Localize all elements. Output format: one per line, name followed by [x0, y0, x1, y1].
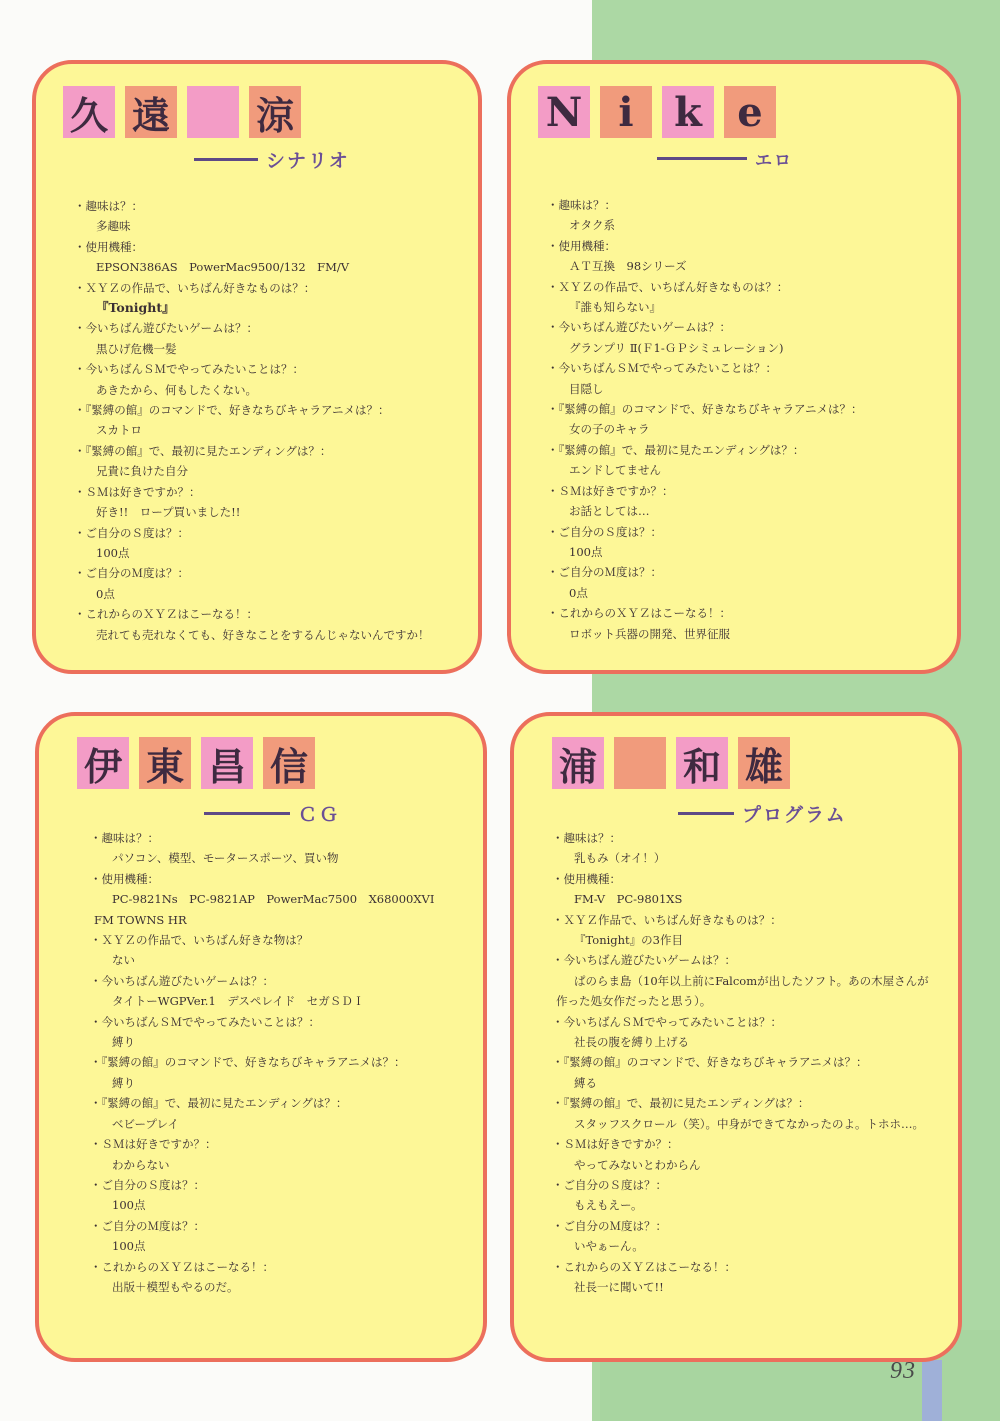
name-tile: 信 [263, 737, 315, 789]
question: ＳＭは好きですか？： [556, 1134, 938, 1154]
blue-accent-strip [922, 1360, 942, 1421]
name-tile: N [538, 86, 590, 138]
question: ＸＹＺ作品で、いちばん好きなものは？： [556, 910, 938, 930]
answer: ない [94, 950, 463, 970]
name-tile: 雄 [738, 737, 790, 789]
staff-profile-card-nike: N i k e エロ 趣味は？： オタク系 使用機種： ＡＴ互換 98シリーズ … [507, 60, 961, 674]
name-tile: e [724, 86, 776, 138]
answer: 目隠し [551, 379, 937, 399]
question: ご自分のＳ度は？： [94, 1175, 463, 1195]
answer: ぱのらま島（10年以上前にFalcomが出したソフト。あの木屋さんが作った処女作… [556, 971, 938, 1012]
name-tile: i [600, 86, 652, 138]
answer: タイトーWGPVer.1 デスペレイド セガＳＤＩ [94, 991, 463, 1011]
question: ご自分のＭ度は？： [556, 1216, 938, 1236]
answer: ＡＴ互換 98シリーズ [551, 256, 937, 276]
answer: ロボット兵器の開発、世界征服 [551, 624, 937, 644]
role-heading: プログラム [678, 800, 847, 827]
name-tile: 久 [63, 86, 115, 138]
staff-profile-card-kudo: 久 遠 涼 シナリオ 趣味は？： 多趣味 使用機種： EPSON386AS Po… [32, 60, 482, 674]
name-tile: 涼 [249, 86, 301, 138]
answer: パソコン、模型、モータースポーツ、買い物 [94, 848, 463, 868]
answer: FM-V PC-9801XS [556, 889, 938, 909]
question: ＳＭは好きですか？： [94, 1134, 463, 1154]
question: 使用機種： [78, 237, 458, 257]
answer: 『Tonight』 [78, 298, 458, 318]
staff-profile-card-ito: 伊 東 昌 信 ＣＧ 趣味は？： パソコン、模型、モータースポーツ、買い物 使用… [35, 712, 487, 1362]
role-label: ＣＧ [298, 800, 340, 827]
role-label: シナリオ [266, 146, 350, 173]
answer: 好き!! ロープ買いました!! [78, 502, 458, 522]
name-tile: 昌 [201, 737, 253, 789]
answer: 縛る [556, 1073, 938, 1093]
answer: 社長一に聞いて!! [556, 1277, 938, 1297]
name-tile: k [662, 86, 714, 138]
role-dash-line [194, 158, 258, 161]
answer: オタク系 [551, 215, 937, 235]
question: 『緊縛の館』のコマンドで、好きなちびキャラアニメは？： [78, 400, 458, 420]
answer: ベビープレイ [94, 1114, 463, 1134]
role-label: エロ [755, 146, 793, 171]
answer: 0点 [551, 583, 937, 603]
answer: 100点 [78, 543, 458, 563]
name-tile: 和 [676, 737, 728, 789]
question: ご自分のＭ度は？： [94, 1216, 463, 1236]
question: 今いちばん遊びたいゲームは？： [556, 950, 938, 970]
question: 使用機種： [556, 869, 938, 889]
question: ＸＹＺの作品で、いちばん好きな物は？ [94, 930, 463, 950]
answer: 社長の腹を縛り上げる [556, 1032, 938, 1052]
answer: 縛り [94, 1073, 463, 1093]
question: 今いちばんＳＭでやってみたいことは？： [551, 358, 937, 378]
name-tiles: 浦 和 雄 [552, 737, 790, 789]
role-label: プログラム [742, 800, 847, 827]
question: ご自分のＭ度は？： [551, 562, 937, 582]
answer: EPSON386AS PowerMac9500/132 FM/V [78, 257, 458, 277]
qa-list: 趣味は？： 多趣味 使用機種： EPSON386AS PowerMac9500/… [78, 196, 458, 645]
name-tile: 伊 [77, 737, 129, 789]
answer: エンドしてません [551, 460, 937, 480]
question: 『緊縛の館』で、最初に見たエンディングは？： [94, 1093, 463, 1113]
question: ＳＭは好きですか？： [78, 482, 458, 502]
question: これからのＸＹＺはこーなる！： [551, 603, 937, 623]
question: これからのＸＹＺはこーなる！： [94, 1257, 463, 1277]
answer: 『Tonight』の3作目 [556, 930, 938, 950]
answer: 『誰も知らない』 [551, 297, 937, 317]
question: 『緊縛の館』のコマンドで、好きなちびキャラアニメは？： [551, 399, 937, 419]
question: 趣味は？： [551, 195, 937, 215]
qa-list: 趣味は？： オタク系 使用機種： ＡＴ互換 98シリーズ ＸＹＺの作品で、いちば… [551, 195, 937, 644]
role-heading: ＣＧ [204, 800, 340, 827]
answer: 100点 [94, 1195, 463, 1215]
question: 今いちばんＳＭでやってみたいことは？： [78, 359, 458, 379]
name-tile: 遠 [125, 86, 177, 138]
answer: 女の子のキャラ [551, 419, 937, 439]
question: 『緊縛の館』のコマンドで、好きなちびキャラアニメは？： [556, 1052, 938, 1072]
question: 今いちばんＳＭでやってみたいことは？： [94, 1012, 463, 1032]
name-tiles: N i k e [538, 86, 776, 138]
question: 今いちばんＳＭでやってみたいことは？： [556, 1012, 938, 1032]
role-heading: シナリオ [194, 146, 350, 173]
answer: お話としては… [551, 501, 937, 521]
qa-list: 趣味は？： パソコン、模型、モータースポーツ、買い物 使用機種： PC-9821… [94, 828, 463, 1297]
name-tile [614, 737, 666, 789]
question: 今いちばん遊びたいゲームは？： [78, 318, 458, 338]
role-heading: エロ [657, 146, 793, 171]
question: 今いちばん遊びたいゲームは？： [94, 971, 463, 991]
role-dash-line [678, 812, 734, 815]
qa-list: 趣味は？： 乳もみ（オイ！） 使用機種： FM-V PC-9801XS ＸＹＺ作… [556, 828, 938, 1297]
question: 趣味は？： [556, 828, 938, 848]
question: ご自分のＳ度は？： [78, 523, 458, 543]
question: 趣味は？： [94, 828, 463, 848]
answer: スタッフスクロール（笑）。中身ができてなかったのよ。トホホ…。 [556, 1114, 938, 1134]
name-tiles: 伊 東 昌 信 [77, 737, 315, 789]
role-dash-line [657, 157, 747, 160]
answer: 乳もみ（オイ！） [556, 848, 938, 868]
question: ご自分のＳ度は？： [551, 522, 937, 542]
question: 今いちばん遊びたいゲームは？： [551, 317, 937, 337]
question: 趣味は？： [78, 196, 458, 216]
question: 『緊縛の館』で、最初に見たエンディングは？： [556, 1093, 938, 1113]
question: ＸＹＺの作品で、いちばん好きなものは？： [551, 277, 937, 297]
question: 使用機種： [94, 869, 463, 889]
answer: 多趣味 [78, 216, 458, 236]
name-tiles: 久 遠 涼 [63, 86, 301, 138]
answer: 100点 [551, 542, 937, 562]
name-tile: 浦 [552, 737, 604, 789]
question: これからのＸＹＺはこーなる！： [556, 1257, 938, 1277]
answer: スカトロ [78, 420, 458, 440]
answer: やってみないとわからん [556, 1155, 938, 1175]
question: これからのＸＹＺはこーなる！： [78, 604, 458, 624]
answer: あきたから、何もしたくない。 [78, 380, 458, 400]
staff-profile-card-ura: 浦 和 雄 プログラム 趣味は？： 乳もみ（オイ！） 使用機種： FM-V PC… [510, 712, 962, 1362]
answer: 黒ひげ危機一髪 [78, 339, 458, 359]
name-tile: 東 [139, 737, 191, 789]
answer: もえもえー。 [556, 1195, 938, 1215]
answer: 売れても売れなくても、好きなことをするんじゃないんですか！ [78, 625, 458, 645]
answer: 出版＋模型もやるのだ。 [94, 1277, 463, 1297]
question: ご自分のＳ度は？： [556, 1175, 938, 1195]
question: 使用機種： [551, 236, 937, 256]
name-tile [187, 86, 239, 138]
answer: 100点 [94, 1236, 463, 1256]
answer: わからない [94, 1155, 463, 1175]
question: ＳＭは好きですか？： [551, 481, 937, 501]
role-dash-line [204, 812, 290, 815]
answer: 兄貴に負けた自分 [78, 461, 458, 481]
answer: PC-9821Ns PC-9821AP PowerMac7500 X68000X… [94, 889, 463, 930]
page-number: 93 [890, 1358, 916, 1385]
answer: 0点 [78, 584, 458, 604]
answer: グランプリ Ⅱ(Ｆ1-ＧＰシミュレーション) [551, 338, 937, 358]
question: 『緊縛の館』で、最初に見たエンディングは？： [551, 440, 937, 460]
answer: いやぁーん。 [556, 1236, 938, 1256]
answer: 縛り [94, 1032, 463, 1052]
question: ご自分のＭ度は？： [78, 563, 458, 583]
question: 『緊縛の館』で、最初に見たエンディングは？： [78, 441, 458, 461]
question: 『緊縛の館』のコマンドで、好きなちびキャラアニメは？： [94, 1052, 463, 1072]
question: ＸＹＺの作品で、いちばん好きなものは？： [78, 278, 458, 298]
